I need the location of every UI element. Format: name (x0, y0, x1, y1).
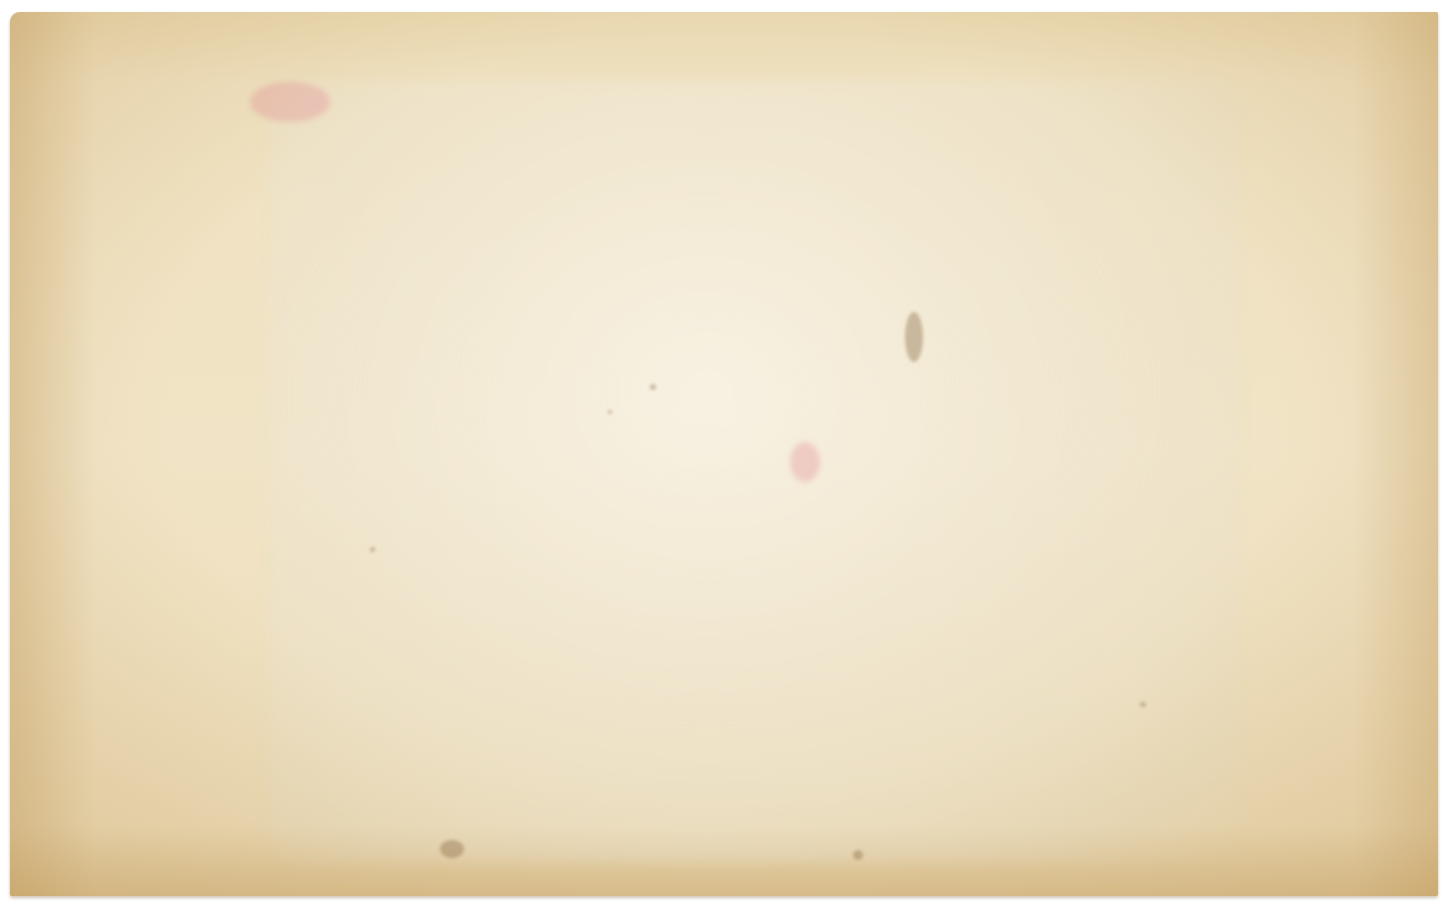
bleed-through-area (270, 82, 1240, 862)
foxing-spot (440, 840, 464, 858)
foxing-spot (1140, 702, 1146, 707)
pink-speck (250, 82, 330, 122)
foxing-spot (650, 384, 656, 390)
foxing-spot (905, 312, 923, 362)
aged-paper-sheet (10, 12, 1438, 896)
foxing-spot (608, 410, 612, 414)
foxing-spot (370, 547, 375, 552)
pink-speck (790, 442, 820, 482)
foxing-spot (853, 850, 863, 860)
